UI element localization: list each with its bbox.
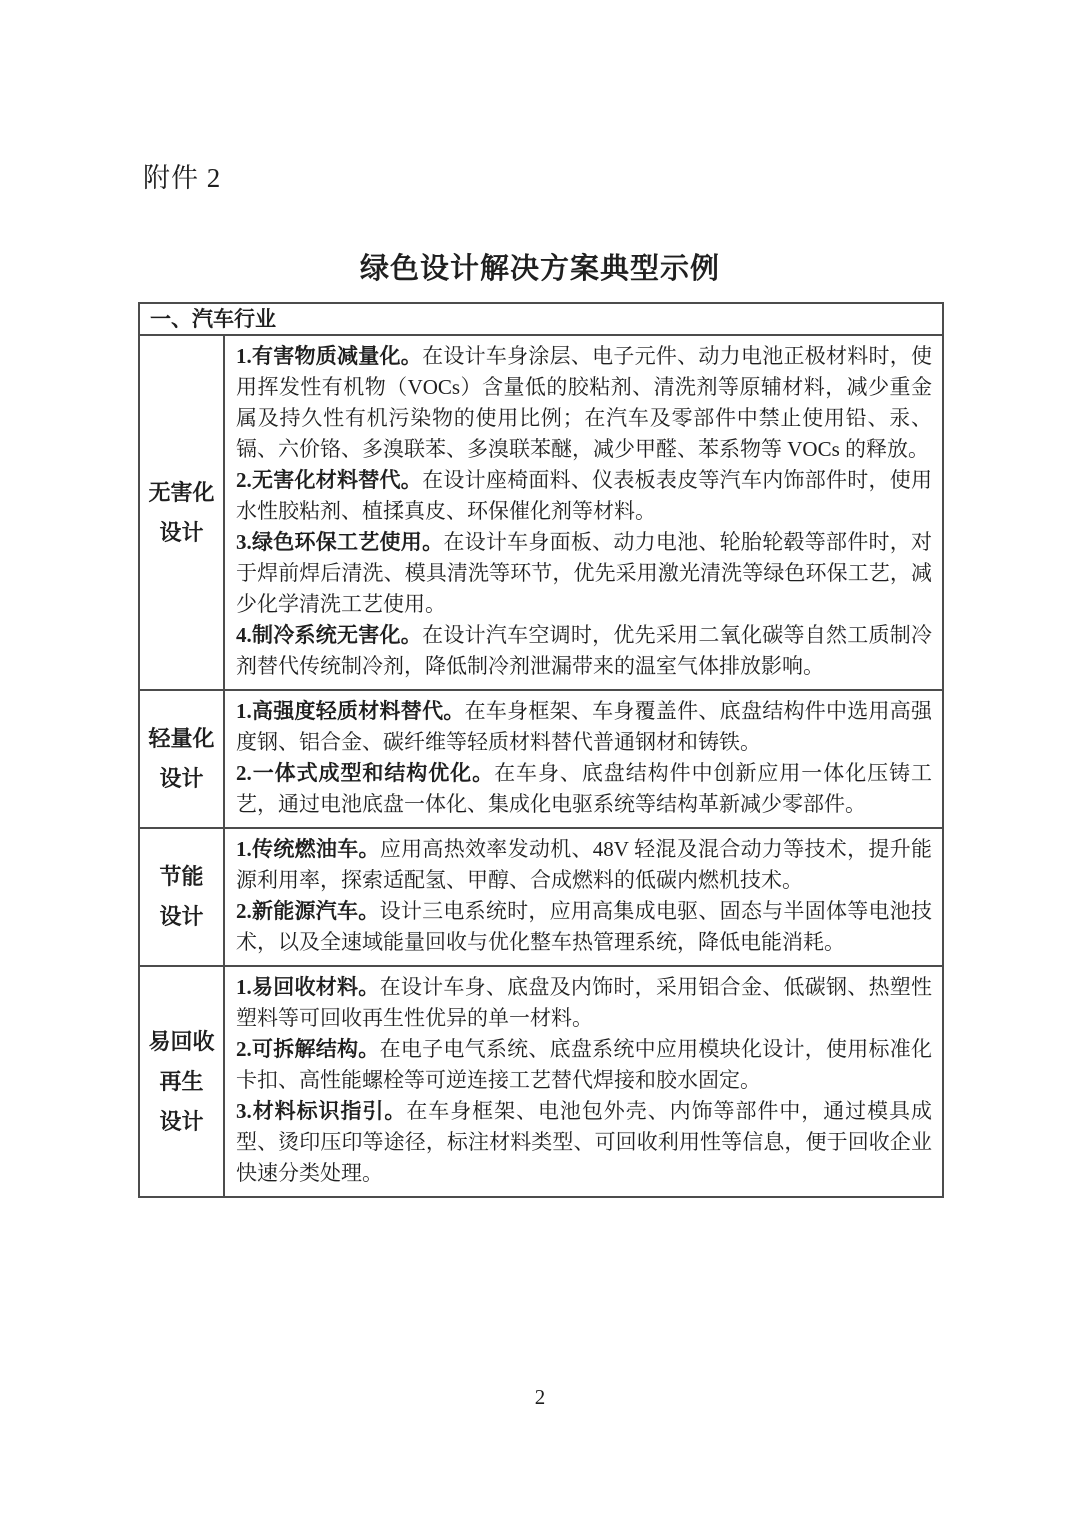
- item-paragraph: 1.高强度轻质材料替代。在车身框架、车身覆盖件、底盘结构件中选用高强度钢、铝合金…: [236, 696, 932, 758]
- item-lead: 2.新能源汽车。: [236, 899, 380, 923]
- category-cell: 易回收再生设计: [140, 967, 225, 1196]
- item-paragraph: 4.制冷系统无害化。在设计汽车空调时，优先采用二氧化碳等自然工质制冷剂替代传统制…: [236, 620, 932, 682]
- category-label: 设计: [159, 1102, 203, 1142]
- table-section-header: 一、汽车行业: [140, 304, 942, 336]
- item-lead: 1.易回收材料。: [236, 975, 380, 999]
- item-lead: 3.材料标识指引。: [236, 1099, 406, 1123]
- content-cell: 1.易回收材料。在设计车身、底盘及内饰时，采用铝合金、低碳钢、热塑性塑料等可回收…: [225, 967, 942, 1196]
- category-label: 设计: [159, 513, 203, 553]
- category-label: 节能: [159, 857, 203, 897]
- content-cell: 1.有害物质减量化。在设计车身涂层、电子元件、动力电池正极材料时，使用挥发性有机…: [225, 336, 942, 689]
- table-row: 轻量化设计1.高强度轻质材料替代。在车身框架、车身覆盖件、底盘结构件中选用高强度…: [140, 691, 942, 829]
- category-label: 无害化: [148, 473, 214, 513]
- item-lead: 1.高强度轻质材料替代。: [236, 699, 465, 723]
- item-paragraph: 3.材料标识指引。在车身框架、电池包外壳、内饰等部件中，通过模具成型、烫印压印等…: [236, 1096, 932, 1189]
- category-label: 再生: [159, 1062, 203, 1102]
- item-lead: 2.一体式成型和结构优化。: [236, 761, 494, 785]
- table-row: 节能设计1.传统燃油车。应用高热效率发动机、48V 轻混及混合动力等技术，提升能…: [140, 829, 942, 967]
- item-lead: 2.可拆解结构。: [236, 1037, 380, 1061]
- category-cell: 节能设计: [140, 829, 225, 965]
- table-row: 易回收再生设计1.易回收材料。在设计车身、底盘及内饰时，采用铝合金、低碳钢、热塑…: [140, 967, 942, 1196]
- attachment-label: 附件 2: [143, 156, 221, 195]
- item-paragraph: 2.可拆解结构。在电子电气系统、底盘系统中应用模块化设计，使用标准化卡扣、高性能…: [236, 1034, 932, 1096]
- category-label: 轻量化: [148, 719, 214, 759]
- item-paragraph: 1.传统燃油车。应用高热效率发动机、48V 轻混及混合动力等技术，提升能源利用率…: [236, 834, 932, 896]
- content-cell: 1.传统燃油车。应用高热效率发动机、48V 轻混及混合动力等技术，提升能源利用率…: [225, 829, 942, 965]
- item-paragraph: 1.有害物质减量化。在设计车身涂层、电子元件、动力电池正极材料时，使用挥发性有机…: [236, 341, 932, 465]
- item-lead: 3.绿色环保工艺使用。: [236, 530, 443, 554]
- item-lead: 4.制冷系统无害化。: [236, 623, 422, 647]
- table-row: 无害化设计1.有害物质减量化。在设计车身涂层、电子元件、动力电池正极材料时，使用…: [140, 336, 942, 691]
- item-paragraph: 1.易回收材料。在设计车身、底盘及内饰时，采用铝合金、低碳钢、热塑性塑料等可回收…: [236, 972, 932, 1034]
- category-cell: 轻量化设计: [140, 691, 225, 827]
- page-number: 2: [0, 1385, 1080, 1410]
- content-cell: 1.高强度轻质材料替代。在车身框架、车身覆盖件、底盘结构件中选用高强度钢、铝合金…: [225, 691, 942, 827]
- item-lead: 1.有害物质减量化。: [236, 344, 422, 368]
- category-cell: 无害化设计: [140, 336, 225, 689]
- item-paragraph: 2.新能源汽车。设计三电系统时，应用高集成电驱、固态与半固体等电池技术，以及全速…: [236, 896, 932, 958]
- item-lead: 2.无害化材料替代。: [236, 468, 422, 492]
- item-lead: 1.传统燃油车。: [236, 837, 380, 861]
- category-label: 设计: [159, 897, 203, 937]
- category-label: 易回收: [148, 1022, 214, 1062]
- document-page: 附件 2 绿色设计解决方案典型示例 一、汽车行业 无害化设计1.有害物质减量化。…: [0, 0, 1080, 1527]
- solutions-table: 一、汽车行业 无害化设计1.有害物质减量化。在设计车身涂层、电子元件、动力电池正…: [138, 302, 944, 1198]
- page-title: 绿色设计解决方案典型示例: [0, 246, 1080, 287]
- item-paragraph: 3.绿色环保工艺使用。在设计车身面板、动力电池、轮胎轮毂等部件时，对于焊前焊后清…: [236, 527, 932, 620]
- item-paragraph: 2.一体式成型和结构优化。在车身、底盘结构件中创新应用一体化压铸工艺，通过电池底…: [236, 758, 932, 820]
- item-paragraph: 2.无害化材料替代。在设计座椅面料、仪表板表皮等汽车内饰部件时，使用水性胶粘剂、…: [236, 465, 932, 527]
- category-label: 设计: [159, 759, 203, 799]
